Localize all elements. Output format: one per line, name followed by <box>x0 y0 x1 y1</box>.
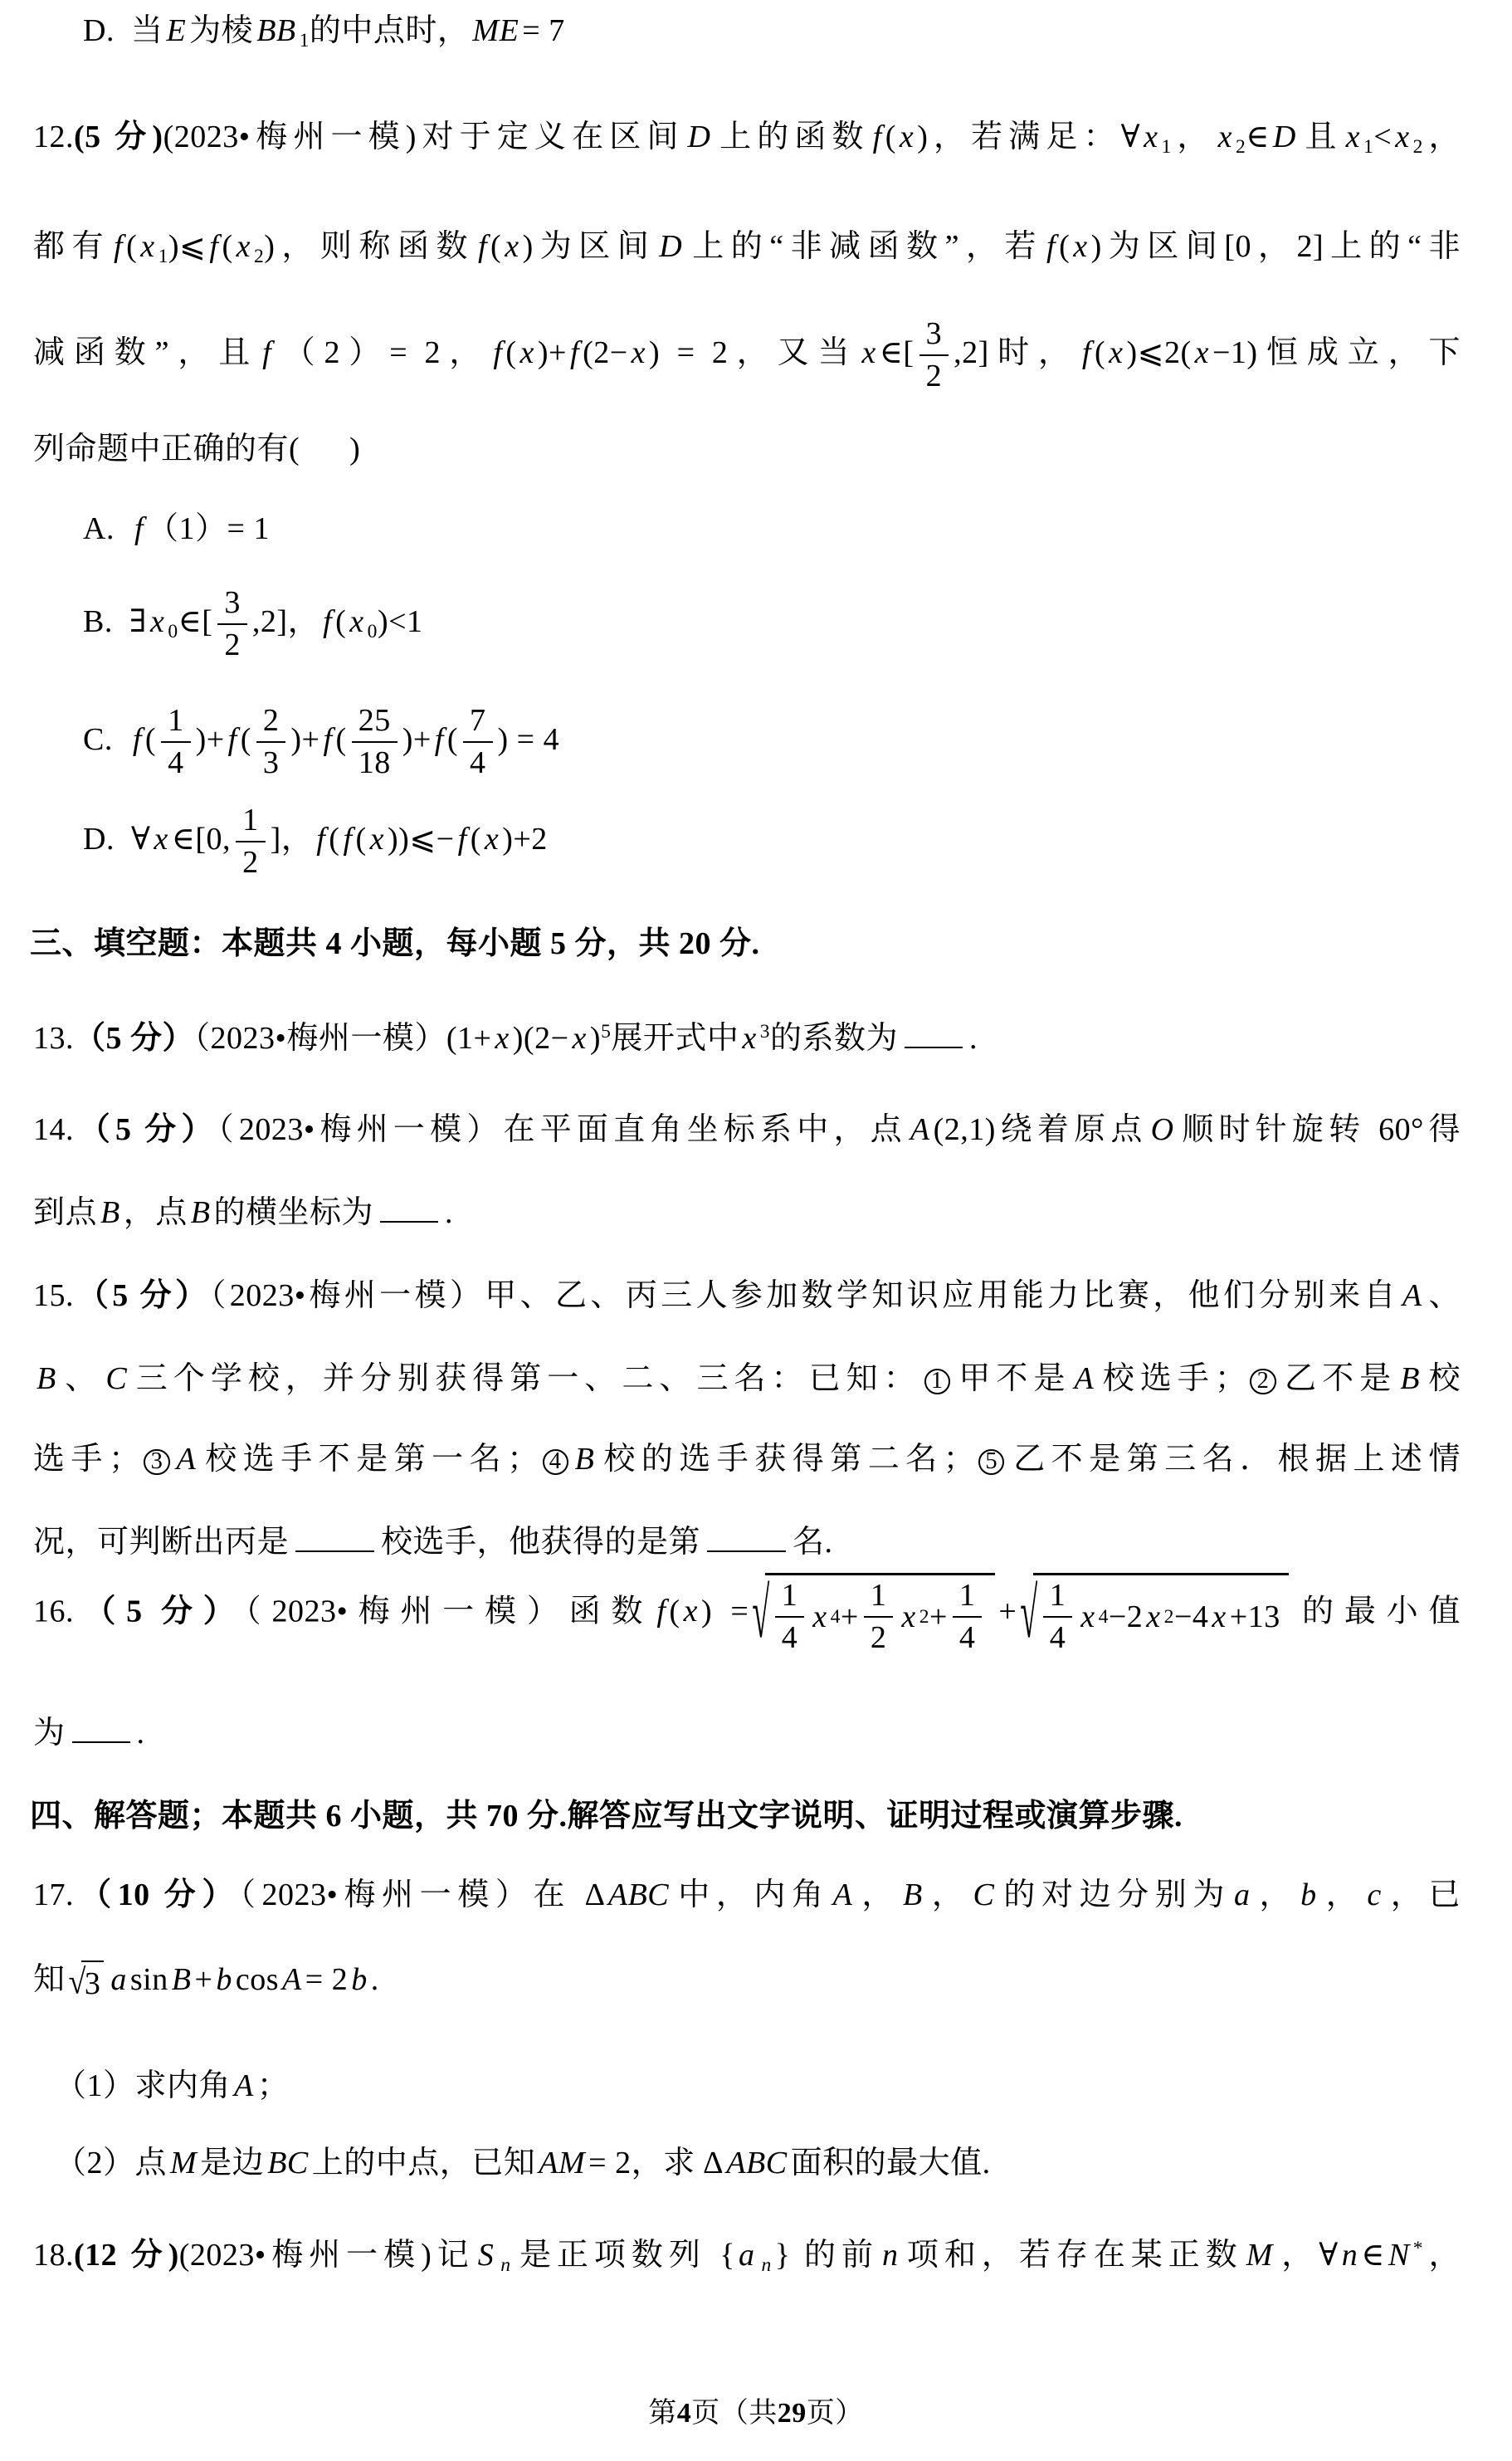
text-run: + <box>194 1962 212 1997</box>
text-run: （2023•梅州一模）(1+ <box>194 1021 491 1056</box>
subscript: 0 <box>168 621 178 642</box>
fraction: 32 <box>919 317 949 393</box>
text-run: （2）点 <box>55 2146 167 2180</box>
text-run: ( <box>222 229 232 264</box>
q12-option-d: D. ∀x∈[0,12]，f(f(x))⩽−f(x)+2 <box>83 803 1461 880</box>
math-variable: x <box>501 229 522 264</box>
math-variable: N <box>1385 2238 1413 2273</box>
math-variable: x <box>1192 335 1212 370</box>
math-variable: BB <box>253 13 299 48</box>
fraction: 14 <box>1043 1579 1073 1655</box>
math-variable: E <box>163 13 189 48</box>
math-variable: x <box>898 1596 919 1638</box>
text-run: 减函数”，且 <box>33 335 259 370</box>
q17-part2: （2）点M是边BC上的中点，已知AM= 2，求 ∆ABC面积的最大值. <box>55 2142 1461 2184</box>
text-run: 乙不是第三名．根据上述情 <box>1007 1442 1461 1477</box>
text-run: 的横坐标为 <box>213 1195 373 1230</box>
text-run: )+ <box>290 722 319 757</box>
bold-text: （5 分） <box>74 1021 194 1056</box>
superscript: 5 <box>601 1021 611 1043</box>
text-run: （2023•梅州一模）在 ∆ <box>240 1877 605 1912</box>
text-run: cos <box>236 1962 279 1997</box>
answer-blank <box>905 1029 963 1048</box>
math-variable: f <box>319 604 335 639</box>
text-run: ( <box>126 229 137 264</box>
text-run: 列命题中正确的有( ) <box>33 432 360 466</box>
math-variable: x <box>1143 1596 1163 1638</box>
math-variable: S <box>475 2238 498 2273</box>
text-run: ∈[0, <box>172 822 231 857</box>
fraction-denominator: 4 <box>1043 1616 1073 1655</box>
text-run: ))⩽− <box>388 822 455 857</box>
text-run: 名. <box>793 1525 833 1560</box>
text-run: 校 <box>1423 1361 1461 1396</box>
math-variable: f <box>110 229 126 264</box>
math-variable: A <box>1071 1361 1098 1396</box>
text-run: + <box>998 1594 1017 1628</box>
text-run: ) = 2，又当 <box>649 335 858 370</box>
q16-stem-line1: 16.（5 分）（2023•梅州一模）函数f(x) =√14x4+12x2+14… <box>33 1573 1461 1655</box>
math-variable: B <box>97 1195 124 1230</box>
math-variable: O <box>1148 1112 1178 1147</box>
math-variable: C <box>969 1877 997 1912</box>
text-run: )+ <box>402 722 432 757</box>
text-run: )+ <box>538 335 567 370</box>
text-run: ， <box>1320 1877 1364 1912</box>
fraction-numerator: 1 <box>775 1579 805 1616</box>
section3-header: 三、填空题：本题共 4 小题，每小题 5 分，共 20 分. <box>30 923 1461 964</box>
q15-stem-line1: 15.（5 分）（2023•梅州一模）甲、乙、丙三人参加数学知识应用能力比赛，他… <box>33 1275 1461 1316</box>
text-run: 页） <box>807 2398 864 2429</box>
text-run: 校的选手获得第二名； <box>597 1442 975 1477</box>
text-run: . <box>445 1195 453 1230</box>
fraction-numerator: 7 <box>463 704 493 741</box>
text-run: ( <box>669 1594 680 1628</box>
fraction: 14 <box>775 1579 805 1655</box>
math-variable: a <box>735 2238 758 2273</box>
text-run: ,2]， <box>252 604 319 639</box>
text-run: ( <box>336 722 347 757</box>
math-variable: A <box>279 1962 305 1997</box>
text-run: 12. <box>33 120 74 154</box>
fraction-denominator: 2 <box>864 1616 894 1655</box>
q18-stem-line1: 18.(12 分)(2023•梅州一模)记Sn是正项数列 {an} 的前n项和，… <box>33 2234 1461 2276</box>
fraction: 14 <box>953 1579 983 1655</box>
text-run: 是正项数列 { <box>514 2238 735 2273</box>
math-variable: D <box>1270 120 1300 154</box>
math-variable: x <box>809 1596 830 1638</box>
text-run: 的对边分别为 <box>997 1877 1231 1912</box>
fraction: 2518 <box>352 704 398 780</box>
math-variable: M <box>1243 2238 1276 2273</box>
text-run: (2− <box>583 335 628 370</box>
text-run: ( <box>329 822 339 857</box>
text-run: ) = <box>701 1594 749 1628</box>
text-run: (2023•梅州一模)记 <box>179 2238 475 2273</box>
text-run: （2023•梅州一模）函数 <box>246 1594 654 1628</box>
math-variable: f <box>131 511 147 546</box>
text-run: 面积的最大值. <box>791 2146 991 2180</box>
text-run: 、 <box>60 1361 103 1396</box>
math-variable: c <box>1363 1877 1384 1912</box>
math-variable: B <box>1397 1361 1423 1396</box>
q14-stem-line2: 到点B，点B的横坐标为. <box>33 1192 1461 1233</box>
math-variable: f <box>225 722 241 757</box>
fraction-numerator: 3 <box>217 586 247 623</box>
radicand: 14x4−2x2−4x+13 <box>1033 1573 1289 1655</box>
text-run: )，则称函数 <box>264 229 475 264</box>
bold-text: 三、填空题：本题共 4 小题，每小题 5 分，共 20 分. <box>30 926 760 961</box>
math-variable: A <box>830 1877 856 1912</box>
text-run: 为棱 <box>189 13 253 48</box>
math-variable: f <box>259 335 275 370</box>
bold-text: (12 分) <box>74 2238 179 2273</box>
fraction-numerator: 2 <box>256 704 286 741</box>
math-variable: x <box>1208 1596 1229 1638</box>
square-root: √14x4+12x2+14 <box>752 1573 995 1655</box>
math-variable: n <box>879 2238 902 2273</box>
text-run: 、 <box>1426 1278 1461 1313</box>
text-run: ) = 4 <box>498 722 560 757</box>
circled-number: 2 <box>1250 1369 1275 1394</box>
text-run: ，∀ <box>1276 2238 1339 2273</box>
text-run: )为区间 <box>523 229 656 264</box>
text-run: 校选手不是第一名； <box>199 1442 539 1477</box>
text-run: )⩽2( <box>1126 335 1191 370</box>
fraction: 23 <box>256 704 286 780</box>
q12-stem-line2: 都有f(x1)⩽f(x2)，则称函数f(x)为区间D上的“非减函数”，若f(x)… <box>33 226 1461 267</box>
math-variable: f <box>455 822 471 857</box>
circled-number: 5 <box>978 1449 1004 1475</box>
bold-text: 4 <box>677 2398 692 2429</box>
text-run: 展开式中 <box>611 1021 739 1056</box>
text-run: 13. <box>33 1021 74 1056</box>
text-run: ( <box>356 822 367 857</box>
superscript: * <box>1413 2238 1423 2259</box>
math-variable: B <box>168 1962 195 1997</box>
q15-stem-line4: 况，可判断出丙是校选手，他获得的是第名. <box>33 1521 1461 1563</box>
math-variable: f <box>339 822 355 857</box>
text-run: ， <box>1423 120 1461 154</box>
text-run: 的系数为 <box>770 1021 898 1056</box>
q12-option-c: C. f(14)+f(23)+f(2518)+f(74) = 4 <box>83 704 1461 780</box>
math-variable: B <box>188 1195 214 1230</box>
text-run: + <box>929 1596 948 1638</box>
math-variable: f <box>490 335 505 370</box>
fraction-denominator: 2 <box>236 841 266 880</box>
math-variable: b <box>348 1962 371 1997</box>
fraction-numerator: 1 <box>864 1579 894 1616</box>
text-run: C. <box>83 722 129 757</box>
text-run: 3 <box>85 1963 101 2004</box>
math-variable: f <box>653 1594 669 1628</box>
subscript: 2 <box>254 246 264 267</box>
text-run: 选手； <box>33 1442 140 1477</box>
fraction-denominator: 2 <box>919 354 949 393</box>
text-run: 校选手； <box>1097 1361 1246 1396</box>
math-variable: ABC <box>605 1877 672 1912</box>
text-run: 为 <box>33 1716 66 1751</box>
section4-header: 四、解答题；本题共 6 小题，共 70 分.解答应写出文字说明、证明过程或演算步… <box>30 1795 1461 1837</box>
math-variable: x <box>628 335 649 370</box>
text-run: ( <box>145 722 156 757</box>
bold-text: 四、解答题；本题共 6 小题，共 70 分.解答应写出文字说明、证明过程或演算步… <box>30 1799 1183 1834</box>
math-variable: x <box>491 1021 512 1056</box>
q17-stem-line1: 17.（10 分）（2023•梅州一模）在 ∆ABC中，内角A，B，C的对边分别… <box>33 1874 1461 1916</box>
radicand: 14x4+12x2+14 <box>765 1573 996 1655</box>
text-run: （1）求内角 <box>55 2068 231 2103</box>
text-run: 顺时针旋转 60°得 <box>1178 1112 1461 1147</box>
text-run: 都有 <box>33 229 110 264</box>
text-run: )+2 <box>502 822 548 857</box>
text-run: ， <box>926 1877 970 1912</box>
math-variable: x <box>1105 335 1126 370</box>
q12-option-b: B. ∃x0∈[32,2]，f(x0)<1 <box>83 586 1461 662</box>
math-variable: M <box>167 2146 200 2180</box>
fraction-denominator: 4 <box>775 1616 805 1655</box>
text-run: 且 <box>1300 120 1343 154</box>
math-variable: x <box>150 822 171 857</box>
math-variable: n <box>1339 2238 1362 2273</box>
math-variable: x <box>137 229 158 264</box>
text-run: ， <box>1172 120 1215 154</box>
bold-text: （10 分） <box>74 1877 240 1912</box>
text-run: ) <box>590 1021 601 1056</box>
text-run: 甲不是 <box>954 1361 1071 1396</box>
text-run: ∈[ <box>880 335 915 370</box>
text-run: < <box>1373 120 1392 154</box>
page-footer: 第4页（共29页） <box>0 2395 1512 2433</box>
text-run: 况，可判断出丙是 <box>33 1525 289 1560</box>
math-variable: x <box>1077 1596 1098 1638</box>
bold-text: （5 分） <box>74 1112 218 1147</box>
fraction-denominator: 2 <box>217 623 247 662</box>
text-run: −4 <box>1174 1596 1208 1638</box>
math-variable: f <box>432 722 447 757</box>
fraction-denominator: 18 <box>352 741 398 780</box>
math-variable: A <box>1399 1278 1426 1313</box>
fraction-numerator: 3 <box>919 317 949 354</box>
text-run: ，已 <box>1385 1877 1461 1912</box>
math-variable: A <box>907 1112 934 1147</box>
text-run: 项和，若存在某正数 <box>901 2238 1242 2273</box>
text-run: sin <box>130 1962 168 1997</box>
math-variable: x <box>147 604 168 639</box>
text-run: ( <box>1095 335 1105 370</box>
square-root: √3 <box>69 1960 105 2004</box>
text-run: )，若满足：∀ <box>917 120 1140 154</box>
fraction-denominator: 4 <box>463 741 493 780</box>
square-root: √14x4−2x2−4x+13 <box>1020 1573 1288 1655</box>
answer-blank <box>72 1724 130 1743</box>
math-variable: B <box>900 1877 926 1912</box>
text-run: 是边 <box>200 2146 264 2180</box>
superscript: 3 <box>760 1021 770 1043</box>
text-run: 校选手，他获得的是第 <box>381 1525 700 1560</box>
text-run: ( <box>471 822 481 857</box>
text-run: ，点 <box>124 1195 188 1230</box>
text-run: ( <box>447 722 458 757</box>
math-variable: B <box>572 1442 598 1477</box>
math-variable: f <box>567 335 583 370</box>
text-run: （1）= 1 <box>147 511 270 546</box>
fraction-numerator: 1 <box>1043 1579 1073 1616</box>
text-run: (2023•梅州一模)对于定义在区间 <box>163 120 685 154</box>
text-run: 三个学校，并分别获得第一、二、三名：已知： <box>130 1361 921 1396</box>
text-run: ∈ <box>1246 120 1270 154</box>
text-run: ( <box>241 722 251 757</box>
fraction-numerator: 1 <box>953 1579 983 1616</box>
subscript: 1 <box>159 246 168 267</box>
q17-stem-line2: 知√3asinB+bcosA= 2b. <box>33 1959 1461 2004</box>
text-run: 到点 <box>33 1195 97 1230</box>
text-run: 页（共 <box>691 2398 778 2429</box>
q12-stem-line4: 列命题中正确的有( ) <box>33 428 1461 470</box>
text-run: ∈ <box>1361 2238 1385 2273</box>
math-variable: x <box>1070 229 1090 264</box>
math-variable: x <box>569 1021 590 1056</box>
bold-text: （5 分） <box>74 1594 246 1628</box>
math-variable: B <box>33 1361 60 1396</box>
text-run: 乙不是 <box>1280 1361 1397 1396</box>
text-run: +13 <box>1230 1596 1280 1638</box>
text-run: ， <box>1253 1877 1297 1912</box>
text-run: 16. <box>33 1594 74 1628</box>
text-run: )(2− <box>513 1021 569 1056</box>
text-run: （2023•梅州一模）甲、乙、丙三人参加数学知识应用能力比赛，他们分别来自 <box>210 1278 1399 1313</box>
text-run: （2023•梅州一模）在平面直角坐标系中，点 <box>218 1112 907 1147</box>
fraction: 12 <box>236 803 266 880</box>
q15-stem-line3: 选手；3A校选手不是第一名；4B校的选手获得第二名；5乙不是第三名．根据上述情 <box>33 1438 1461 1480</box>
math-variable: f <box>313 822 329 857</box>
text-run: 知 <box>33 1962 66 1997</box>
math-variable: x <box>896 120 917 154</box>
option-d-q11: D. 当E为棱BB1的中点时，ME= 7 <box>83 10 1461 51</box>
circled-number: 3 <box>144 1449 169 1475</box>
bold-text: 29 <box>778 2398 807 2429</box>
subscript: n <box>497 2254 514 2276</box>
text-run: ]， <box>271 822 314 857</box>
subscript: 1 <box>300 30 310 51</box>
text-run: + <box>841 1596 859 1638</box>
text-run: 17. <box>33 1877 74 1912</box>
text-run: 的中点时， <box>310 13 470 48</box>
math-variable: x <box>1343 120 1363 154</box>
math-variable: ME <box>469 13 522 48</box>
fraction: 12 <box>864 1579 894 1655</box>
math-variable: f <box>319 722 335 757</box>
fraction-denominator: 4 <box>953 1616 983 1655</box>
math-variable: A <box>173 1442 200 1477</box>
fraction-denominator: 3 <box>256 741 286 780</box>
text-run: )⩽ <box>168 229 207 264</box>
math-variable: A <box>231 2068 257 2103</box>
q12-stem-line1: 12.(5 分)(2023•梅州一模)对于定义在区间D上的函数f(x)，若满足：… <box>33 116 1461 158</box>
math-variable: f <box>475 229 490 264</box>
text-run: （2）= 2， <box>275 335 490 370</box>
math-variable: x <box>367 822 388 857</box>
math-variable: x <box>1392 120 1412 154</box>
answer-blank <box>380 1204 438 1223</box>
math-variable: BC <box>264 2146 312 2180</box>
math-variable: a <box>107 1962 130 1997</box>
text-run: B. ∃ <box>83 604 147 639</box>
q14-stem-line1: 14.（5 分）（2023•梅州一模）在平面直角坐标系中，点A(2,1)绕着原点… <box>33 1109 1461 1150</box>
document-page: D. 当E为棱BB1的中点时，ME= 7 12.(5 分)(2023•梅州一模)… <box>0 0 1512 2461</box>
text-run: 中，内角 <box>672 1877 829 1912</box>
fraction: 14 <box>161 704 191 780</box>
text-run: 上的中点，已知 <box>312 2146 536 2180</box>
text-run: 18. <box>33 2238 74 2273</box>
math-variable: b <box>1297 1877 1320 1912</box>
text-run: . <box>137 1716 145 1751</box>
answer-blank <box>707 1533 786 1552</box>
math-variable: x <box>1140 120 1161 154</box>
answer-blank <box>295 1533 374 1552</box>
text-run: ； <box>257 2068 290 2103</box>
text-run: )+ <box>196 722 225 757</box>
radical-sign: √ <box>1020 1579 1037 1650</box>
text-run: ∈[ <box>178 604 213 639</box>
math-variable: f <box>870 120 885 154</box>
bold-text: (5 分) <box>74 120 163 154</box>
text-run: ( <box>335 604 346 639</box>
text-run: ， <box>856 1877 900 1912</box>
math-variable: x <box>680 1594 701 1628</box>
math-variable: f <box>1079 335 1095 370</box>
fraction-numerator: 1 <box>236 803 266 841</box>
subscript: 1 <box>1363 136 1373 158</box>
fraction-numerator: 25 <box>352 704 398 741</box>
math-variable: D <box>656 229 685 264</box>
q13-stem: 13.（5 分）（2023•梅州一模）(1+x)(2−x)5展开式中x3的系数为… <box>33 1018 1461 1059</box>
math-variable: x <box>858 335 879 370</box>
text-run: = 2 <box>305 1962 348 1997</box>
text-run: } 的前 <box>775 2238 879 2273</box>
math-variable: x <box>233 229 254 264</box>
fraction: 74 <box>463 704 493 780</box>
math-variable: x <box>517 335 538 370</box>
text-run: (2,1)绕着原点 <box>934 1112 1148 1147</box>
q17-part1: （1）求内角A； <box>55 2065 1461 2107</box>
radical-sign: √ <box>752 1579 769 1650</box>
math-variable: D <box>684 120 714 154</box>
text-run: = 7 <box>522 13 564 48</box>
bold-text: （5 分） <box>74 1278 210 1313</box>
text-run: −2 <box>1109 1596 1143 1638</box>
text-run: ( <box>505 335 516 370</box>
text-run: 15. <box>33 1278 74 1313</box>
fraction: 32 <box>217 586 247 662</box>
math-variable: C <box>102 1361 130 1396</box>
subscript: 2 <box>1236 136 1246 158</box>
math-variable: x <box>346 604 367 639</box>
math-variable: AM <box>535 2146 588 2180</box>
math-variable: a <box>1231 1877 1254 1912</box>
text-run: )为区间[0，2]上的“非 <box>1091 229 1461 264</box>
text-run: D. 当 <box>83 13 163 48</box>
text-run: ( <box>490 229 501 264</box>
text-run: ,2]时， <box>954 335 1079 370</box>
math-variable: f <box>1043 229 1059 264</box>
fraction-denominator: 4 <box>161 741 191 780</box>
text-run: )<1 <box>378 604 423 639</box>
math-variable: b <box>212 1962 236 1997</box>
text-run: . <box>969 1021 978 1056</box>
math-variable: f <box>129 722 145 757</box>
text-run: 的最小值 <box>1292 1594 1461 1628</box>
text-run: = 2，求 ∆ <box>588 2146 723 2180</box>
